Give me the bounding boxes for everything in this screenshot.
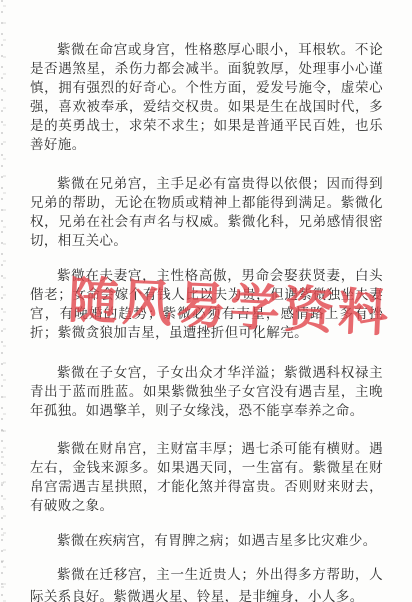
paragraph-qianyi-gong: 紫微在迁移宫，主一生近贵人；外出得多方帮助，人际关系良好。紫微遇火星、铃星，是非… (30, 564, 383, 602)
paragraph-xiongdi-gong: 紫微在兄弟宫，主手足必有富贵得以依偎；因而得到兄弟的帮助，无论在物质或精神上都能… (30, 174, 383, 250)
paragraph-fuqi-gong: 紫微在夫妻宫，主性格高傲，男命会娶获贤妻，白头偕老；女命会嫁个有钱人比以夫为贵，… (30, 266, 383, 342)
paragraph-caibo-gong: 紫微在财帛宫，主财富丰厚；遇七杀可能有横财。遇左右，金钱来源多。如果遇天同，一生… (30, 439, 383, 515)
paragraph-ming-gong: 紫微在命宫或身宫，性格憨厚心眼小，耳根软。不论是否遇煞星，杀伤力都会减半。面貌敦… (30, 40, 383, 154)
scan-edge-noise-lower (1, 430, 4, 590)
paragraph-jibing-gong: 紫微在疾病宫，有胃脾之病；如遇吉星多比灾难少。 (30, 531, 383, 550)
paragraph-zinv-gong: 紫微在子女宫，子女出众才华洋溢；紫微遇科权禄主青出于蓝而胜蓝。如果紫微独坐子女宫… (30, 363, 383, 420)
scanned-page: 紫微在命宫或身宫，性格憨厚心眼小，耳根软。不论是否遇煞星，杀伤力都会减半。面貌敦… (0, 0, 412, 602)
page-text: 紫微在命宫或身宫，性格憨厚心眼小，耳根软。不论是否遇煞星，杀伤力都会减半。面貌敦… (30, 40, 383, 602)
